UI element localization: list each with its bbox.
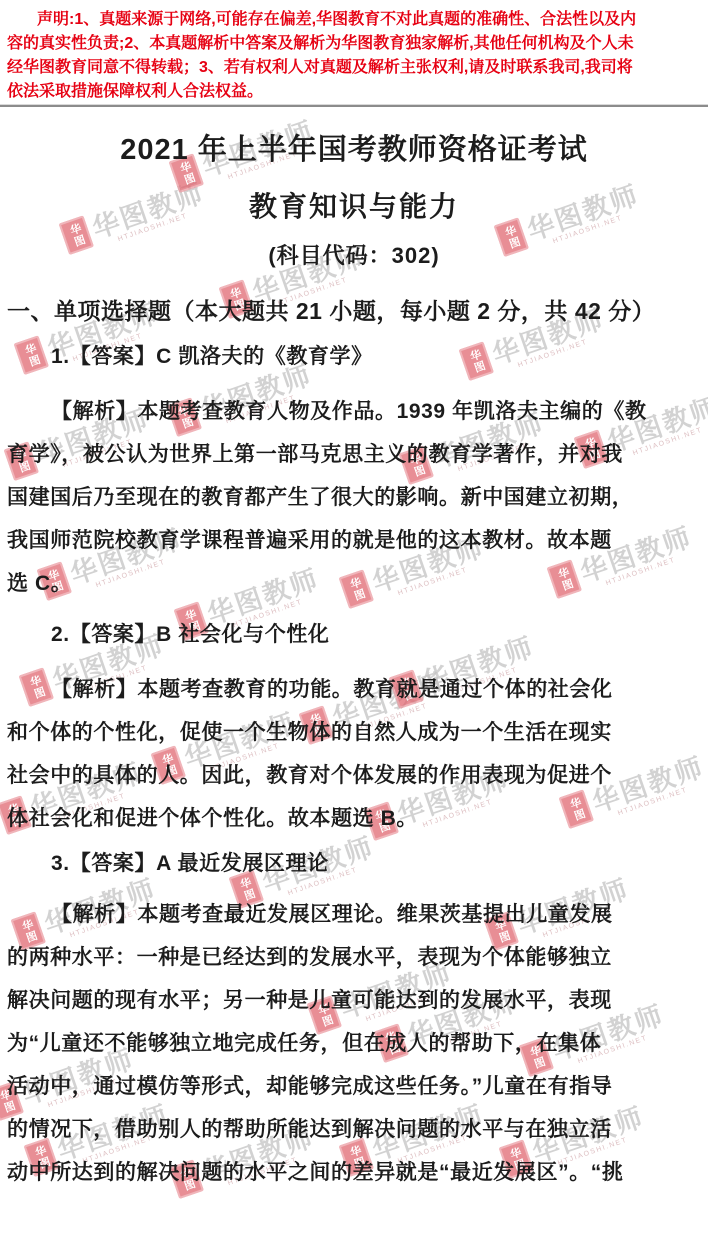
document-content: 声明:1、真题来源于网络,可能存在偏差,华图教育不对此真题的准确性、合法性以及内… [0, 0, 708, 1194]
analysis-line: 育学》，被公认为世界上第一部马克思主义的教育学著作，并对我 [7, 433, 701, 476]
analysis-line: 国建国后乃至现在的教育都产生了很大的影响。新中国建立初期， [7, 476, 701, 519]
analysis-line: 我国师范院校教育学课程普遍采用的就是他的这本教材。故本题 [7, 519, 701, 562]
answer-line: 2.【答案】B 社会化与个性化 [7, 613, 701, 656]
question-3: 3.【答案】A 最近发展区理论 【解析】本题考查最近发展区理论。维果茨基提出儿童… [7, 842, 701, 1194]
analysis-paragraph: 【解析】本题考查教育的功能。教育就是通过个体的社会化和个体的个性化，促使一个生物… [7, 668, 701, 840]
disclaimer-line: 声明:1、真题来源于网络,可能存在偏差,华图教育不对此真题的准确性、合法性以及内 [7, 8, 701, 32]
page-subtitle: 教育知识与能力 [7, 189, 701, 225]
analysis-line: 的情况下，借助别人的帮助所能达到解决问题的水平与在独立活 [7, 1108, 701, 1151]
analysis-paragraph: 【解析】本题考查最近发展区理论。维果茨基提出儿童发展的两种水平：一种是已经达到的… [7, 893, 701, 1194]
analysis-line: 的两种水平：一种是已经达到的发展水平，表现为个体能够独立 [7, 936, 701, 979]
subject-code: (科目代码：302) [7, 241, 701, 271]
question-2: 2.【答案】B 社会化与个性化 【解析】本题考查教育的功能。教育就是通过个体的社… [7, 613, 701, 840]
answer-line: 3.【答案】A 最近发展区理论 [7, 842, 701, 885]
disclaimer-line: 依法采取措施保障权利人合法权益。 [7, 80, 701, 104]
analysis-line: 和个体的个性化，促使一个生物体的自然人成为一个生活在现实 [7, 711, 701, 754]
analysis-paragraph: 【解析】本题考查教育人物及作品。1939 年凯洛夫主编的《教育学》，被公认为世界… [7, 390, 701, 605]
section-heading: 一、单项选择题（本大题共 21 小题，每小题 2 分，共 42 分） [7, 295, 701, 327]
analysis-line: 【解析】本题考查教育的功能。教育就是通过个体的社会化 [7, 668, 701, 711]
disclaimer-line: 经华图教育同意不得转载；3、若有权利人对真题及解析主张权利,请及时联系我司,我司… [7, 56, 701, 80]
analysis-line: 动中所达到的解决问题的水平之间的差异就是“最近发展区”。“挑 [7, 1151, 701, 1194]
disclaimer-line: 容的真实性负责;2、本真题解析中答案及解析为华图教育独家解析,其他任何机构及个人… [7, 32, 701, 56]
analysis-line: 【解析】本题考查教育人物及作品。1939 年凯洛夫主编的《教 [7, 390, 701, 433]
analysis-line: 体社会化和促进个体个性化。故本题选 B。 [7, 797, 701, 840]
document-page: 华图华图教师HTJIAOSHI.NET华图华图教师HTJIAOSHI.NET华图… [0, 0, 708, 1236]
page-title: 2021 年上半年国考教师资格证考试 [7, 131, 701, 169]
answer-line: 1.【答案】C 凯洛夫的《教育学》 [7, 335, 701, 378]
disclaimer: 声明:1、真题来源于网络,可能存在偏差,华图教育不对此真题的准确性、合法性以及内… [7, 0, 701, 104]
analysis-line: 解决问题的现有水平；另一种是儿童可能达到的发展水平，表现 [7, 979, 701, 1022]
analysis-line: 活动中，通过模仿等形式，却能够完成这些任务。”儿童在有指导 [7, 1065, 701, 1108]
analysis-line: 社会中的具体的人。因此，教育对个体发展的作用表现为促进个 [7, 754, 701, 797]
question-1: 1.【答案】C 凯洛夫的《教育学》 【解析】本题考查教育人物及作品。1939 年… [7, 335, 701, 605]
analysis-line: 【解析】本题考查最近发展区理论。维果茨基提出儿童发展 [7, 893, 701, 936]
analysis-line: 选 C。 [7, 562, 701, 605]
separator-line [0, 104, 708, 107]
analysis-line: 为“儿童还不能够独立地完成任务，但在成人的帮助下，在集体 [7, 1022, 701, 1065]
